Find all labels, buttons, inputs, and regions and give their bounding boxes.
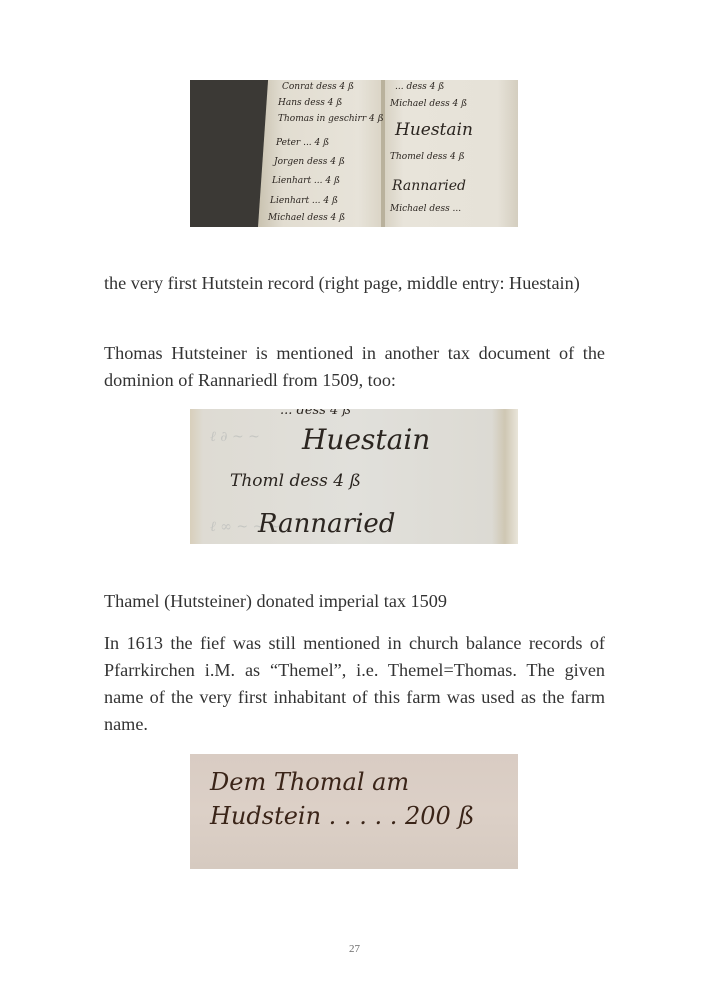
ledger-gutter — [381, 80, 385, 227]
handwriting-line: Jorgen dess 4 ß — [274, 157, 345, 167]
ledger-photo: Conrat dess 4 ß Hans dess 4 ß Thomas in … — [190, 80, 518, 227]
paragraph-thomas-tax-document: Thomas Hutsteiner is mentioned in anothe… — [104, 340, 605, 394]
handwriting-line: Thomas in geschirr 4 ß — [278, 114, 384, 124]
caption-first-record: the very first Hutstein record (right pa… — [104, 270, 605, 297]
handwriting-line: Peter ... 4 ß — [276, 138, 329, 148]
handwriting-line: Michael dess ... — [390, 204, 461, 214]
handwriting-line: Lienhart ... 4 ß — [270, 196, 338, 206]
caption-imperial-tax: Thamel (Hutsteiner) donated imperial tax… — [104, 588, 605, 615]
handwriting-line: Michael dess 4 ß — [390, 99, 467, 109]
document-page: Conrat dess 4 ß Hans dess 4 ß Thomas in … — [0, 0, 709, 992]
handwriting-line: Thoml dess 4 ß — [230, 471, 361, 491]
handwriting-huestain: Huestain — [302, 423, 430, 456]
faint-bleedthrough: ℓ ∂ ~ ~ — [210, 429, 260, 446]
handwriting-line: Conrat dess 4 ß — [282, 82, 354, 92]
handwriting-line: Hudstein . . . . . 200 ß — [210, 802, 474, 830]
handwriting-line: Dem Thomal am — [210, 768, 409, 796]
page-number: 27 — [0, 943, 709, 955]
tax-document-photo: ℓ ∂ ~ ~ ℓ ∞ ~ ~ ~ ... dess 4 ß Huestain … — [190, 409, 518, 544]
handwriting-line: Lienhart ... 4 ß — [272, 176, 340, 186]
handwriting-line: Hans dess 4 ß — [278, 98, 342, 108]
handwriting-line: Rannaried — [258, 509, 395, 539]
handwriting-line: Michael dess 4 ß — [268, 213, 345, 223]
handwriting-line: Thomel dess 4 ß — [390, 152, 465, 162]
handwriting-line: ... dess 4 ß — [395, 82, 444, 92]
handwriting-line: ... dess 4 ß — [280, 409, 351, 418]
handwriting-huestain: Huestain — [395, 120, 473, 140]
paragraph-fief-1613: In 1613 the fief was still mentioned in … — [104, 630, 605, 738]
handwriting-line: Rannaried — [392, 178, 466, 194]
church-balance-photo: Dem Thomal am Hudstein . . . . . 200 ß — [190, 754, 518, 869]
